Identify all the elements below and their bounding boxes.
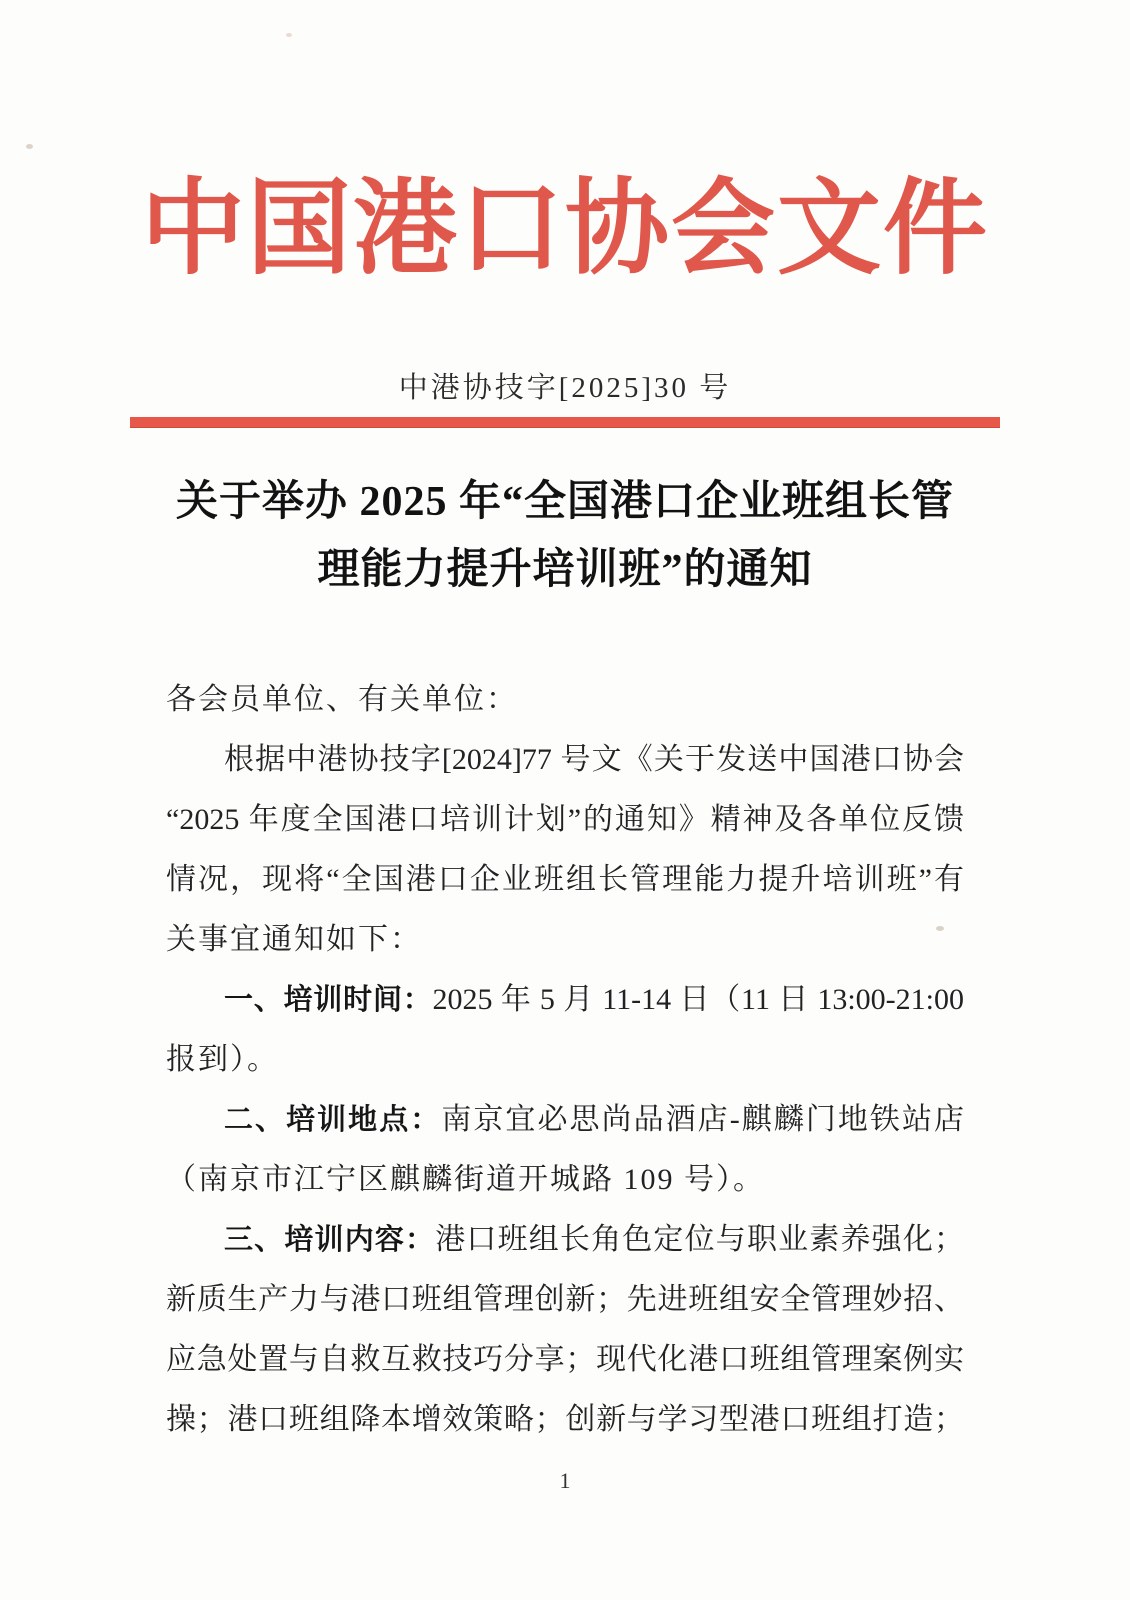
section-label: 三、培训内容： [224,1224,435,1256]
line-text: （南京市江宁区麒麟街道开城路 109 号）。 [166,1163,765,1196]
body-line: 二、培训地点：南京宜必思尚品酒店-麒麟门地铁站店 [166,1090,964,1150]
line-text: 港口班组长角色定位与职业素养强化； [435,1223,964,1256]
section-label: 一、培训时间： [224,984,433,1016]
body-line: 一、培训时间：2025 年 5 月 11-14 日（11 日 13:00-21:… [166,970,964,1030]
body-line: （南京市江宁区麒麟街道开城路 109 号）。 [166,1150,964,1210]
body-line: 操；港口班组降本增效策略；创新与学习型港口班组打造； [166,1390,964,1450]
line-text: 应急处置与自救互救技巧分享；现代化港口班组管理案例实 [166,1343,964,1376]
line-text: 新质生产力与港口班组管理创新；先进班组安全管理妙招、 [166,1283,964,1316]
line-text: 各会员单位、有关单位： [166,683,518,716]
masthead-title: 中国港口协会文件 [0,150,1130,310]
body-line: 各会员单位、有关单位： [166,670,964,730]
line-text: “2025 年度全国港口培训计划”的通知》精神及各单位反馈 [166,803,964,836]
line-text: 2025 年 5 月 11-14 日（11 日 13:00-21:00 [433,983,964,1016]
line-text: 操；港口班组降本增效策略；创新与学习型港口班组打造； [166,1403,964,1436]
body-line: 关事宜通知如下： [166,910,964,970]
page-number: 1 [0,1468,1130,1494]
document-page: 中国港口协会文件 中港协技字[2025]30 号 关于举办 2025 年“全国港… [0,0,1130,1600]
line-text: 情况，现将“全国港口企业班组长管理能力提升培训班”有 [166,863,964,896]
document-number: 中港协技字[2025]30 号 [0,365,1130,406]
red-divider-rule [130,417,1000,428]
body-line: 三、培训内容：港口班组长角色定位与职业素养强化； [166,1210,964,1270]
scan-artifact [286,33,292,37]
body-line: 情况，现将“全国港口企业班组长管理能力提升培训班”有 [166,850,964,910]
line-text: 报到）。 [166,1043,279,1076]
body-line: “2025 年度全国港口培训计划”的通知》精神及各单位反馈 [166,790,964,850]
document-body: 各会员单位、有关单位：根据中港协技字[2024]77 号文《关于发送中国港口协会… [166,670,964,1450]
document-title-line1: 关于举办 2025 年“全国港口企业班组长管 [65,468,1065,536]
line-text: 关事宜通知如下： [166,923,422,956]
document-title: 关于举办 2025 年“全国港口企业班组长管 理能力提升培训班”的通知 [65,468,1065,604]
section-label: 二、培训地点： [224,1104,441,1136]
document-title-line2: 理能力提升培训班”的通知 [65,536,1065,604]
body-line: 根据中港协技字[2024]77 号文《关于发送中国港口协会 [166,730,964,790]
line-text: 根据中港协技字[2024]77 号文《关于发送中国港口协会 [224,743,964,776]
body-line: 应急处置与自救互救技巧分享；现代化港口班组管理案例实 [166,1330,964,1390]
line-text: 南京宜必思尚品酒店-麒麟门地铁站店 [441,1103,964,1136]
scan-artifact [26,144,33,149]
body-line: 报到）。 [166,1030,964,1090]
body-line: 新质生产力与港口班组管理创新；先进班组安全管理妙招、 [166,1270,964,1330]
